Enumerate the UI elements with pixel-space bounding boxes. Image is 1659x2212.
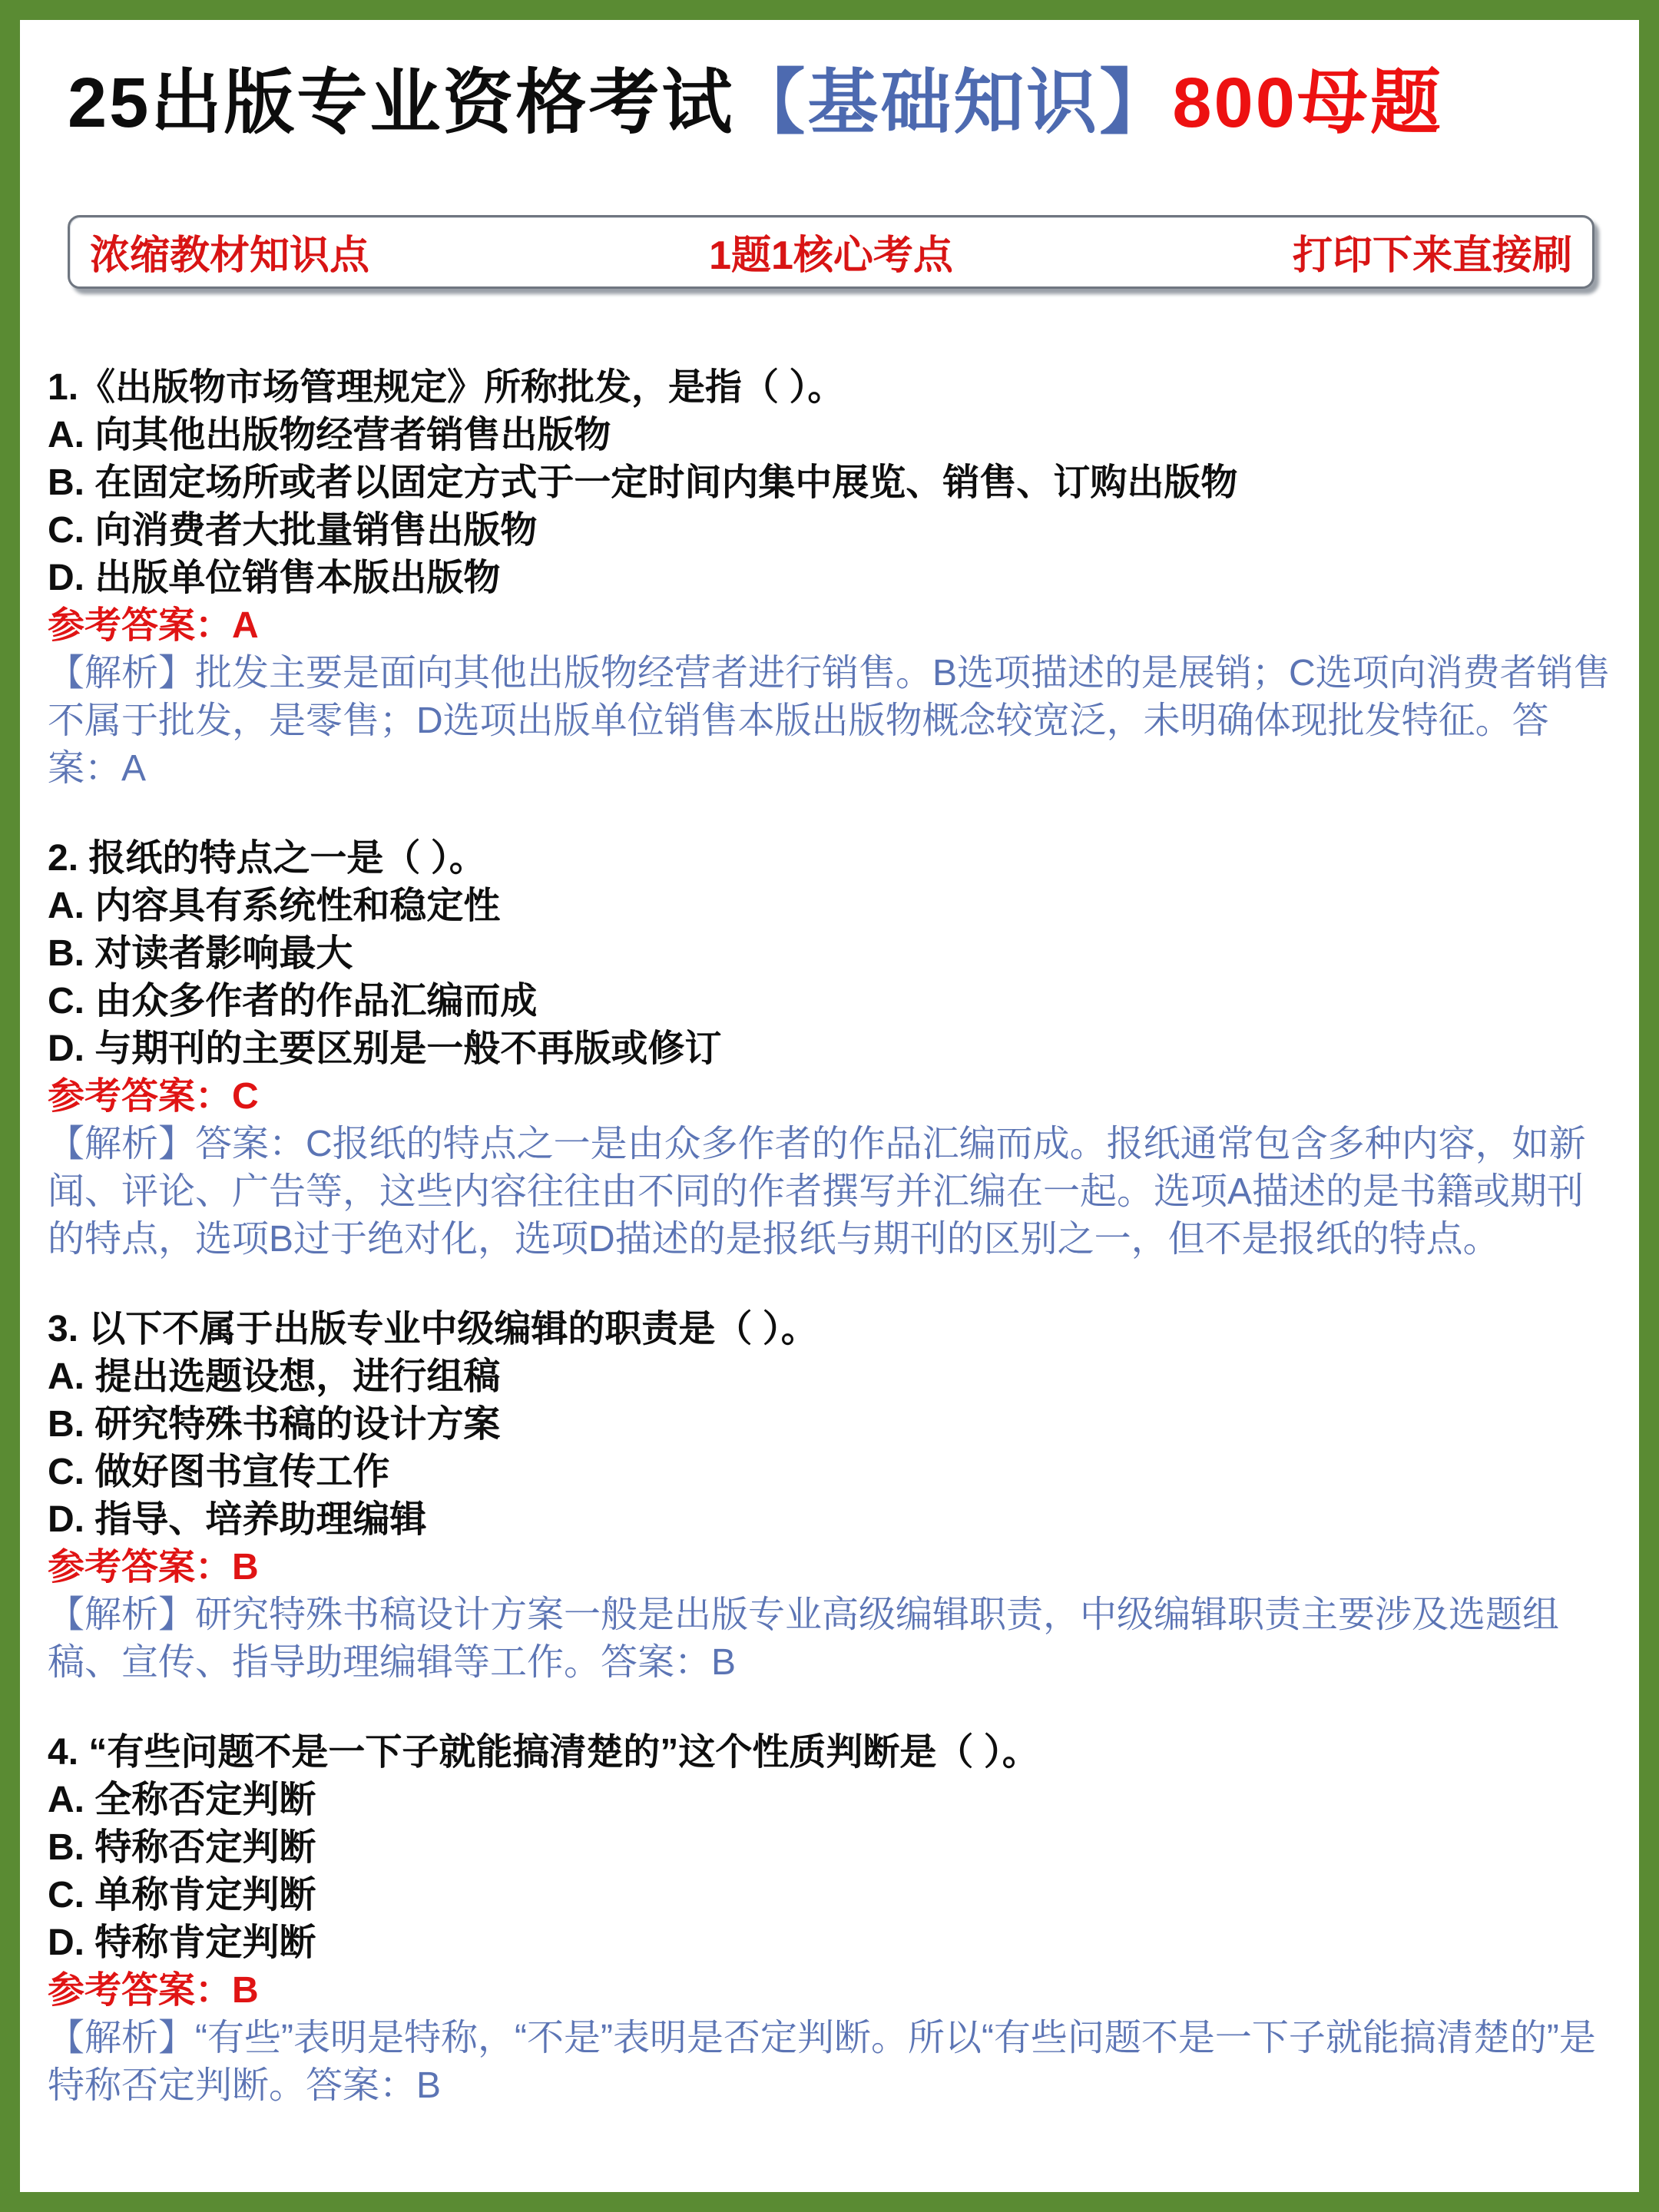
title-exam-name: 25出版专业资格考试	[68, 64, 734, 142]
page-title: 25出版专业资格考试【基础知识】800母题	[68, 63, 1613, 144]
question-list: 1.《出版物市场管理规定》所称批发，是指（ ）。 A. 向其他出版物经营者销售出…	[48, 364, 1613, 2110]
option-c: C. 单称肯定判断	[48, 1872, 1613, 1919]
option-b: B. 特称否定判断	[48, 1824, 1613, 1872]
banner-item-corepoint: 1题1核心考点	[709, 223, 953, 280]
title-subject-badge: 【基础知识】	[734, 64, 1172, 142]
answer-line: 参考答案：B	[48, 1544, 1613, 1591]
banner-item-knowledge: 浓缩教材知识点	[90, 223, 369, 280]
option-b: B. 在固定场所或者以固定方式于一定时间内集中展览、销售、订购出版物	[48, 459, 1613, 507]
option-b: B. 对读者影响最大	[48, 930, 1613, 978]
answer-line: 参考答案：A	[48, 602, 1613, 650]
page-frame: 25出版专业资格考试【基础知识】800母题 浓缩教材知识点 1题1核心考点 打印…	[0, 0, 1659, 2212]
page: 25出版专业资格考试【基础知识】800母题 浓缩教材知识点 1题1核心考点 打印…	[20, 20, 1639, 2192]
answer-line: 参考答案：C	[48, 1073, 1613, 1121]
option-c: C. 做好图书宣传工作	[48, 1449, 1613, 1496]
question-stem: 3. 以下不属于出版专业中级编辑的职责是（ ）。	[48, 1306, 1613, 1353]
option-a: A. 内容具有系统性和稳定性	[48, 882, 1613, 930]
option-a: A. 全称否定判断	[48, 1777, 1613, 1824]
banner-item-print: 打印下来直接刷	[1293, 223, 1572, 280]
analysis-text: 【解析】批发主要是面向其他出版物经营者进行销售。B选项描述的是展销；C选项向消费…	[48, 650, 1613, 793]
option-b: B. 研究特殊书稿的设计方案	[48, 1401, 1613, 1449]
question-block-3: 3. 以下不属于出版专业中级编辑的职责是（ ）。 A. 提出选题设想，进行组稿 …	[48, 1306, 1613, 1687]
analysis-text: 【解析】“有些”表明是特称，“不是”表明是否定判断。所以“有些问题不是一下子就能…	[48, 2015, 1613, 2110]
option-a: A. 提出选题设想，进行组稿	[48, 1353, 1613, 1401]
option-a: A. 向其他出版物经营者销售出版物	[48, 412, 1613, 459]
option-d: D. 指导、培养助理编辑	[48, 1496, 1613, 1544]
option-c: C. 由众多作者的作品汇编而成	[48, 978, 1613, 1025]
question-block-4: 4. “有些问题不是一下子就能搞清楚的”这个性质判断是（ ）。 A. 全称否定判…	[48, 1729, 1613, 2110]
question-stem: 1.《出版物市场管理规定》所称批发，是指（ ）。	[48, 364, 1613, 412]
analysis-text: 【解析】答案：C报纸的特点之一是由众多作者的作品汇编而成。报纸通常包含多种内容，…	[48, 1121, 1613, 1263]
question-stem: 4. “有些问题不是一下子就能搞清楚的”这个性质判断是（ ）。	[48, 1729, 1613, 1777]
answer-line: 参考答案：B	[48, 1967, 1613, 2015]
analysis-text: 【解析】研究特殊书稿设计方案一般是出版专业高级编辑职责，中级编辑职责主要涉及选题…	[48, 1591, 1613, 1687]
option-d: D. 与期刊的主要区别是一般不再版或修订	[48, 1025, 1613, 1073]
option-d: D. 特称肯定判断	[48, 1919, 1613, 1967]
option-c: C. 向消费者大批量销售出版物	[48, 507, 1613, 555]
title-question-count: 800母题	[1172, 64, 1443, 142]
question-block-2: 2. 报纸的特点之一是（ ）。 A. 内容具有系统性和稳定性 B. 对读者影响最…	[48, 835, 1613, 1263]
subtitle-banner: 浓缩教材知识点 1题1核心考点 打印下来直接刷	[68, 215, 1594, 289]
option-d: D. 出版单位销售本版出版物	[48, 555, 1613, 602]
question-block-1: 1.《出版物市场管理规定》所称批发，是指（ ）。 A. 向其他出版物经营者销售出…	[48, 364, 1613, 793]
question-stem: 2. 报纸的特点之一是（ ）。	[48, 835, 1613, 882]
